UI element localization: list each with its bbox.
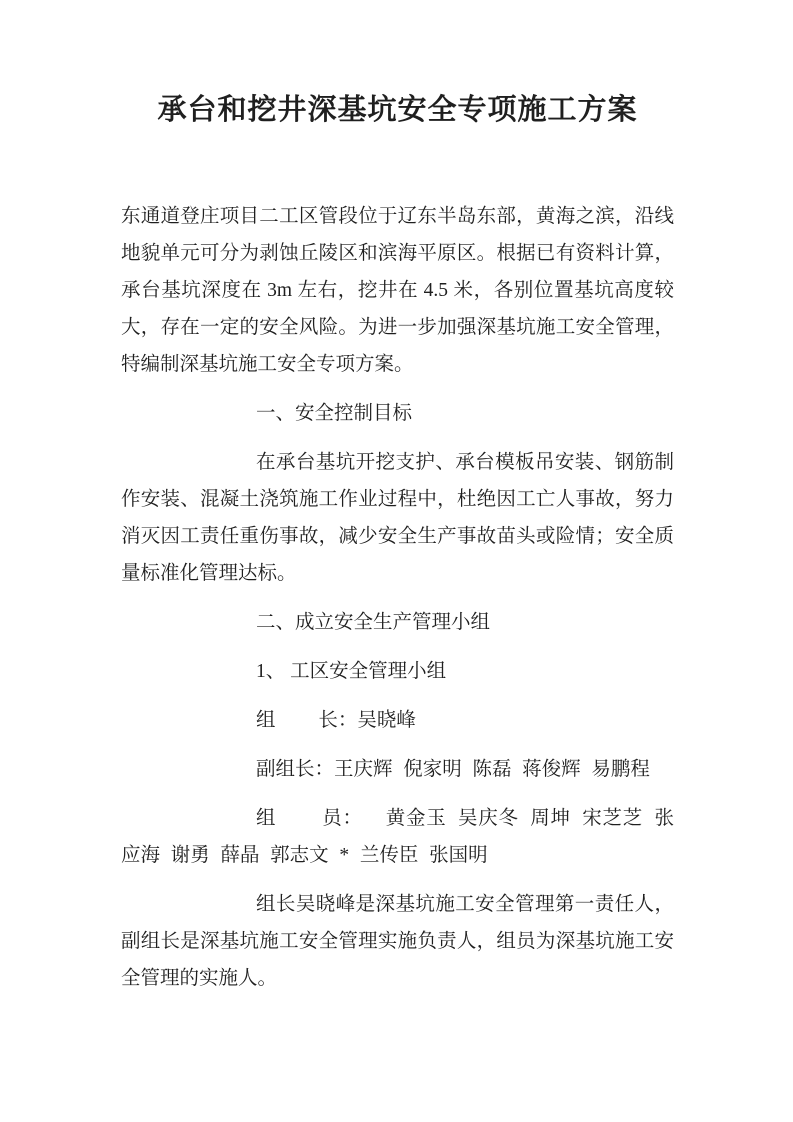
group-members-line: 组 员： 黄金玉 吴庆冬 周坤 宋芝芝 张应海 谢勇 薛晶 郭志文 * 兰传臣 … (121, 800, 674, 874)
subsection1-heading: 1、 工区安全管理小组 (121, 653, 674, 690)
deputy-leaders-line: 副组长：王庆辉 倪家明 陈磊 蒋俊辉 易鹏程 (121, 751, 674, 788)
document-title: 承台和挖井深基坑安全专项施工方案 (121, 88, 674, 132)
responsibility-paragraph: 组长吴晓峰是深基坑施工安全管理第一责任人，副组长是深基坑施工安全管理实施负责人，… (121, 886, 674, 997)
section2-heading: 二、成立安全生产管理小组 (121, 604, 674, 641)
section1-heading: 一、安全控制目标 (121, 395, 674, 432)
group-leader-line: 组 长：吴晓峰 (121, 702, 674, 739)
document-page: 承台和挖井深基坑安全专项施工方案 东通道登庄项目二工区管段位于辽东半岛东部，黄海… (0, 0, 793, 1122)
section1-body-paragraph: 在承台基坑开挖支护、承台模板吊安装、钢筋制作安装、混凝土浇筑施工作业过程中，杜绝… (121, 444, 674, 592)
intro-paragraph: 东通道登庄项目二工区管段位于辽东半岛东部，黄海之滨，沿线地貌单元可分为剥蚀丘陵区… (121, 198, 674, 383)
